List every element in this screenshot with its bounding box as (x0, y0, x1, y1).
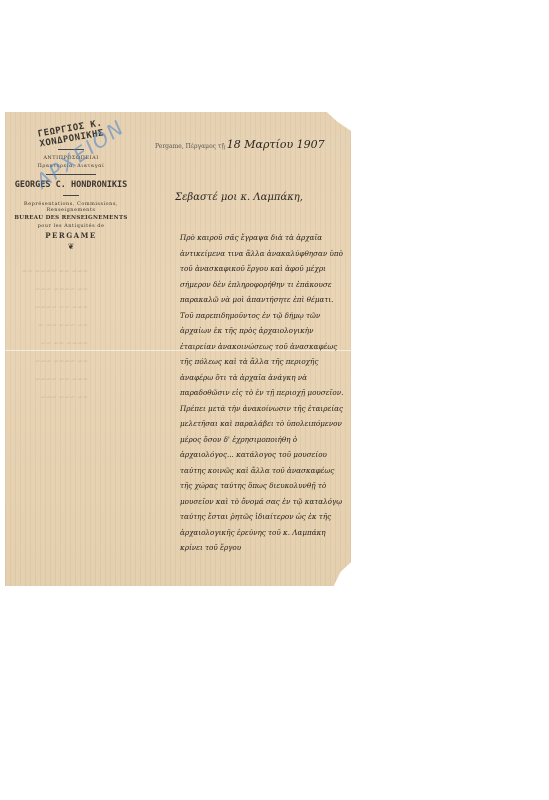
letterhead-line-french-1: Représentations, Commissions, Renseignem… (11, 201, 131, 213)
salutation: Σεβαστέ μοι κ. Λαμπάκη, (175, 192, 303, 203)
paragraph-2: Τοῦ παρεπιδημοῦντος ἐν τῷ δήμῳ τῶν ἀρχαί… (100, 308, 345, 556)
ink-bleed-through: ~~~ ~~ ~~~~ ~~~~ ~~~~ ~~~~~~ ~~ ~~~~~~ ~… (13, 262, 88, 406)
letterhead-rule (63, 195, 79, 196)
paragraph-1: Πρὸ καιροῦ σᾶς ἔγραψα διὰ τὰ ἀρχαῖα ἀντι… (100, 230, 345, 308)
dateline-handwritten: 18 Μαρτίου 1907 (227, 138, 325, 151)
dateline-printed: Pergame, Πέργαμος τῇ (155, 143, 225, 150)
letterhead-name-french: GEORGES C. HONDRONIKIS (11, 180, 131, 190)
letterhead-line-french-2: pour les Antiquités de (11, 223, 131, 229)
letterhead-bureau: BUREAU DES RENSEIGNEMENTS (11, 215, 131, 221)
letter-body: Πρὸ καιροῦ σᾶς ἔγραψα διὰ τὰ ἀρχαῖα ἀντι… (100, 230, 345, 556)
letter-page: ~~~ ~~ ~~~~ ~~~~ ~~~~ ~~~~~~ ~~ ~~~~~~ ~… (5, 112, 351, 586)
dateline: Pergame, Πέργαμος τῇ 18 Μαρτίου 1907 (155, 138, 325, 151)
